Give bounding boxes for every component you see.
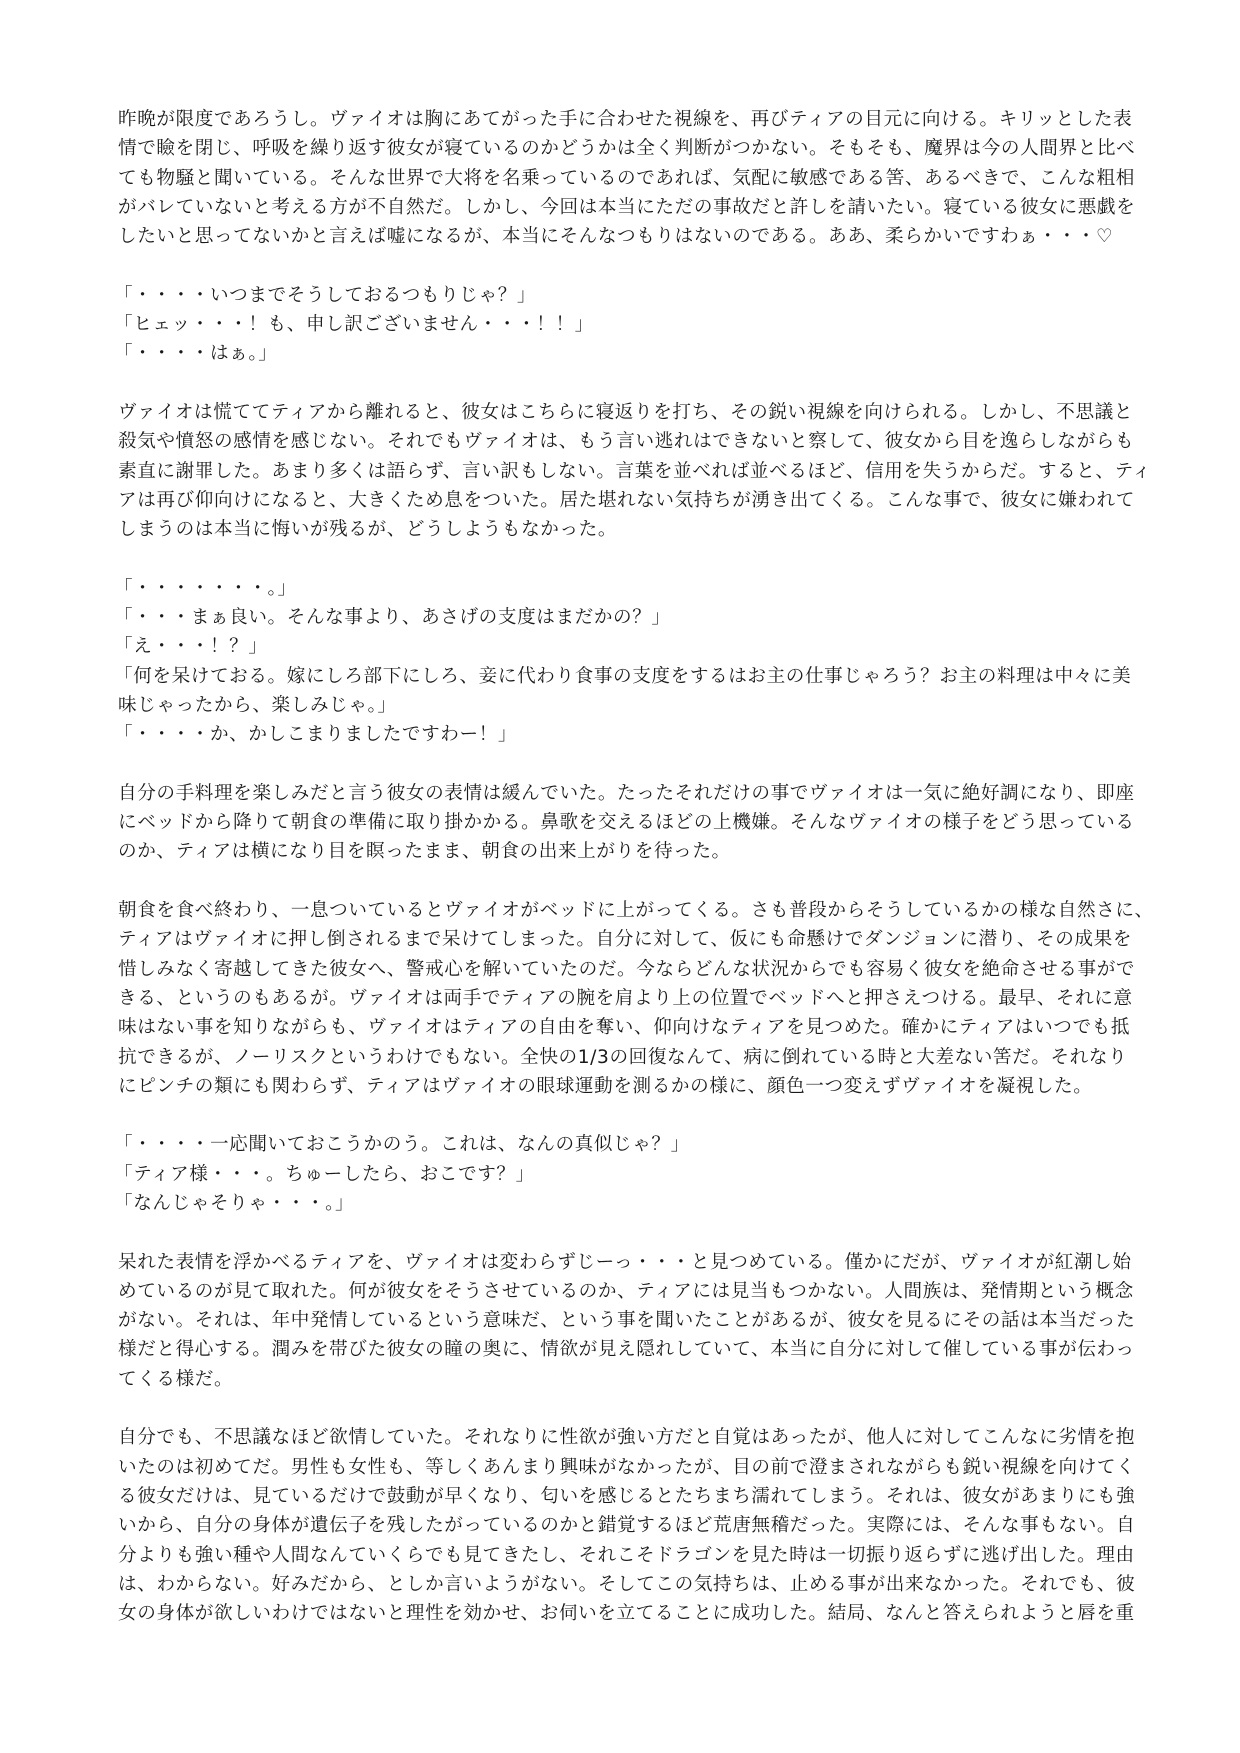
text-line: にベッドから降りて朝食の準備に取り掛かかる。鼻歌を交えるほどの上機嫌。そんなヴァ… xyxy=(118,808,1118,837)
text-line: アは再び仰向けになると、大きくため息をついた。居た堪れない気持ちが湧き出てくる。… xyxy=(118,486,1118,515)
text-line: 呆れた表情を浮かべるティアを、ヴァイオは変わらずじーっ・・・と見つめている。僅か… xyxy=(118,1248,1118,1277)
dialogue-line: 「ティア様・・・。ちゅーしたら、おこです？」 xyxy=(114,1160,1118,1189)
dialogue-line: 「・・・まぁ良い。そんな事より、あさげの支度はまだかの？」 xyxy=(114,603,1118,632)
text-line: 朝食を食べ終わり、一息ついているとヴァイオがベッドに上がってくる。さも普段からそ… xyxy=(118,896,1118,925)
text-line: 惜しみなく寄越してきた彼女へ、警戒心を解いていたのだ。今ならどんな状況からでも容… xyxy=(118,955,1118,984)
dialogue-block: 「・・・・いつまでそうしておるつもりじゃ？」 「ヒェッ・・・！も、申し訳ございま… xyxy=(118,281,1118,369)
text-line: 分よりも強い種や人間なんていくらでも見てきたし、それこそドラゴンを見た時は一切振… xyxy=(118,1541,1118,1570)
text-line: ヴァイオは慌ててティアから離れると、彼女はこちらに寝返りを打ち、その鋭い視線を向… xyxy=(118,398,1118,427)
dialogue-line: 「何を呆けておる。嫁にしろ部下にしろ、妾に代わり食事の支度をするはお主の仕事じゃ… xyxy=(114,662,1118,691)
dialogue-line: 味じゃったから、楽しみじゃ。」 xyxy=(118,691,1118,720)
narration-paragraph: 自分でも、不思議なほど欲情していた。それなりに性欲が強い方だと自覚はあったが、他… xyxy=(118,1423,1118,1628)
text-line: 自分の手料理を楽しみだと言う彼女の表情は緩んでいた。たったそれだけの事でヴァイオ… xyxy=(118,779,1118,808)
dialogue-line: 「・・・・いつまでそうしておるつもりじゃ？」 xyxy=(114,281,1118,310)
text-line: 昨晩が限度であろうし。ヴァイオは胸にあてがった手に合わせた視線を、再びティアの目… xyxy=(118,105,1118,134)
dialogue-line: 「・・・・はぁ。」 xyxy=(114,339,1118,368)
text-line: ティアはヴァイオに押し倒されるまで呆けてしまった。自分に対して、仮にも命懸けでダ… xyxy=(118,925,1118,954)
text-line: 素直に謝罪した。あまり多くは語らず、言い訳もしない。言葉を並べれば並べるほど、信… xyxy=(118,457,1118,486)
dialogue-line: 「なんじゃそりゃ・・・。」 xyxy=(114,1189,1118,1218)
text-line: がない。それは、年中発情しているという意味だ、という事を聞いたことがあるが、彼女… xyxy=(118,1306,1118,1335)
paragraph-spacer xyxy=(118,369,1118,398)
text-line: めているのが見て取れた。何が彼女をそうさせているのか、ティアには見当もつかない。… xyxy=(118,1277,1118,1306)
text-line: がバレていないと考える方が不自然だ。しかし、今回は本当にただの事故だと許しを請い… xyxy=(118,193,1118,222)
paragraph-spacer xyxy=(118,1394,1118,1423)
text-line: いたのは初めてだ。男性も女性も、等しくあんまり興味がなかったが、目の前で澄まされ… xyxy=(118,1453,1118,1482)
text-line: きる、というのもあるが。ヴァイオは両手でティアの腕を肩より上の位置でベッドへと押… xyxy=(118,984,1118,1013)
text-line: のか、ティアは横になり目を瞑ったまま、朝食の出来上がりを待った。 xyxy=(118,837,1118,866)
text-line: 情で瞼を閉じ、呼吸を繰り返す彼女が寝ているのかどうかは全く判断がつかない。そもそ… xyxy=(118,134,1118,163)
text-line: は、わからない。好みだから、としか言いようがない。そしてこの気持ちは、止める事が… xyxy=(118,1570,1118,1599)
text-line: 味はない事を知りながらも、ヴァイオはティアの自由を奪い、仰向けなティアを見つめた… xyxy=(118,1013,1118,1042)
narration-paragraph: 呆れた表情を浮かべるティアを、ヴァイオは変わらずじーっ・・・と見つめている。僅か… xyxy=(118,1248,1118,1394)
paragraph-spacer xyxy=(118,1101,1118,1130)
paragraph-spacer xyxy=(118,544,1118,573)
text-line: 自分でも、不思議なほど欲情していた。それなりに性欲が強い方だと自覚はあったが、他… xyxy=(118,1423,1118,1452)
dialogue-line: 「え・・・！？」 xyxy=(114,632,1118,661)
text-line: 女の身体が欲しいわけではないと理性を効かせ、お伺いを立てることに成功した。結局、… xyxy=(118,1599,1118,1628)
dialogue-line: 「・・・・一応聞いておこうかのう。これは、なんの真似じゃ？」 xyxy=(114,1130,1118,1159)
text-line: したいと思ってないかと言えば嘘になるが、本当にそんなつもりはないのである。ああ、… xyxy=(118,222,1118,251)
text-line: 様だと得心する。潤みを帯びた彼女の瞳の奥に、情欲が見え隠れしていて、本当に自分に… xyxy=(118,1335,1118,1364)
text-line: 抗できるが、ノーリスクというわけでもない。全快の1/3の回復なんて、病に倒れてい… xyxy=(118,1043,1118,1072)
dialogue-block: 「・・・・一応聞いておこうかのう。これは、なんの真似じゃ？」 「ティア様・・・。… xyxy=(118,1130,1118,1218)
dialogue-line: 「・・・・か、かしこまりましたですわー！」 xyxy=(114,720,1118,749)
document-page: 昨晩が限度であろうし。ヴァイオは胸にあてがった手に合わせた視線を、再びティアの目… xyxy=(118,105,1118,1628)
text-line: る彼女だけは、見ているだけで鼓動が早くなり、匂いを感じるとたちまち濡れてしまう。… xyxy=(118,1482,1118,1511)
text-line: ても物騒と聞いている。そんな世界で大将を名乗っているのであれば、気配に敏感である… xyxy=(118,164,1118,193)
narration-paragraph: 朝食を食べ終わり、一息ついているとヴァイオがベッドに上がってくる。さも普段からそ… xyxy=(118,896,1118,1101)
text-line: 殺気や憤怒の感情を感じない。それでもヴァイオは、もう言い逃れはできないと察して、… xyxy=(118,427,1118,456)
dialogue-block: 「・・・・・・・。」 「・・・まぁ良い。そんな事より、あさげの支度はまだかの？」… xyxy=(118,574,1118,750)
dialogue-line: 「ヒェッ・・・！も、申し訳ございません・・・！！」 xyxy=(114,310,1118,339)
paragraph-spacer xyxy=(118,251,1118,280)
text-line: てくる様だ。 xyxy=(118,1365,1118,1394)
narration-paragraph: 自分の手料理を楽しみだと言う彼女の表情は緩んでいた。たったそれだけの事でヴァイオ… xyxy=(118,779,1118,867)
text-line: にピンチの類にも関わらず、ティアはヴァイオの眼球運動を測るかの様に、顔色一つ変え… xyxy=(118,1072,1118,1101)
paragraph-spacer xyxy=(118,1218,1118,1247)
text-line: しまうのは本当に悔いが残るが、どうしようもなかった。 xyxy=(118,515,1118,544)
paragraph-spacer xyxy=(118,867,1118,896)
text-line: いから、自分の身体が遺伝子を残したがっているのかと錯覚するほど荒唐無稽だった。実… xyxy=(118,1511,1118,1540)
dialogue-line: 「・・・・・・・。」 xyxy=(114,574,1118,603)
narration-paragraph: 昨晩が限度であろうし。ヴァイオは胸にあてがった手に合わせた視線を、再びティアの目… xyxy=(118,105,1118,251)
paragraph-spacer xyxy=(118,750,1118,779)
narration-paragraph: ヴァイオは慌ててティアから離れると、彼女はこちらに寝返りを打ち、その鋭い視線を向… xyxy=(118,398,1118,544)
